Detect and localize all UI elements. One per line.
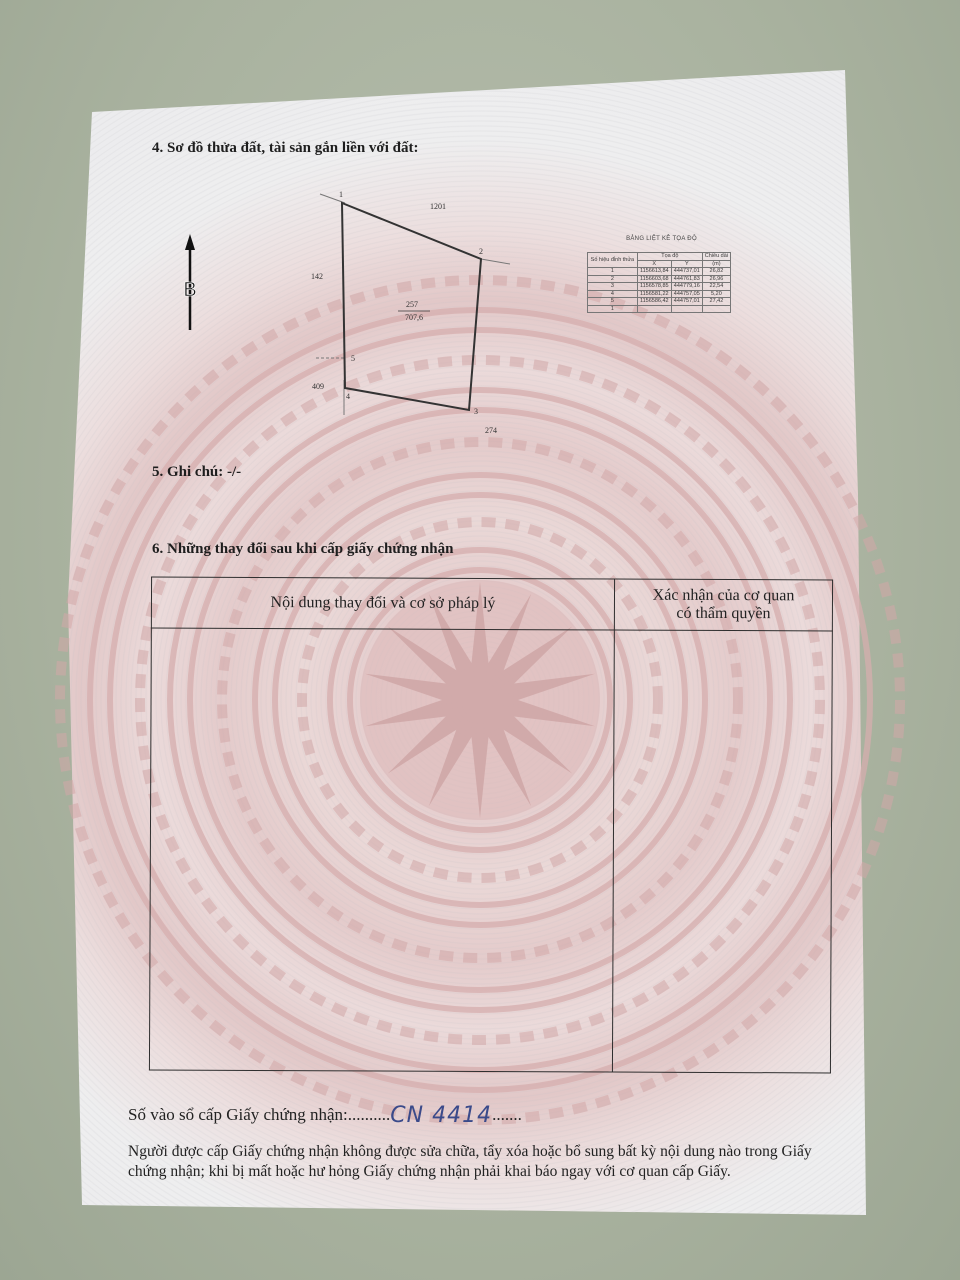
svg-text:4: 4 bbox=[346, 392, 350, 401]
dots-leader: .......... bbox=[348, 1105, 391, 1124]
certificate-page: 4. Sơ đồ thửa đất, tài sản gắn liền với … bbox=[0, 0, 960, 1280]
coordinate-row: 51156586,42444757,0127,42 bbox=[588, 298, 731, 306]
coordinate-cell-y: 444737,01 bbox=[671, 268, 702, 276]
changes-confirmation-cell bbox=[613, 630, 833, 1073]
coordinate-cell-x: 1156586,42 bbox=[637, 298, 671, 306]
coordinate-table-title: BẢNG LIỆT KÊ TỌA ĐỘ bbox=[594, 236, 729, 242]
changes-col-confirmation-header: Xác nhận của cơ quan có thẩm quyền bbox=[614, 579, 832, 631]
coordinate-cell-point: 2 bbox=[588, 275, 638, 283]
registration-number-line: Số vào sổ cấp Giấy chứng nhận:..........… bbox=[128, 1101, 522, 1126]
coordinate-cell-point: 3 bbox=[588, 283, 638, 291]
coordinate-cell-edge: 22,54 bbox=[702, 283, 730, 291]
svg-text:1: 1 bbox=[339, 190, 343, 199]
coordinate-cell-point: 5 bbox=[588, 298, 638, 306]
confirmation-header-line1: Xác nhận của cơ quan bbox=[653, 587, 795, 605]
dots-leader-end: ....... bbox=[492, 1105, 522, 1124]
confirmation-header-line2: có thẩm quyền bbox=[676, 605, 770, 622]
section-5-notes: 5. Ghi chú: -/- bbox=[152, 464, 241, 481]
coordinate-row: 31156578,85444779,1622,54 bbox=[588, 283, 731, 291]
svg-text:409: 409 bbox=[312, 382, 324, 391]
parcel-diagram: 1 2 3 4 5 1201 142 409 274 257 707,6 bbox=[290, 180, 530, 440]
changes-col-content-header: Nội dung thay đổi và cơ sở pháp lý bbox=[151, 577, 614, 630]
coordinate-cell-point: 1 bbox=[588, 268, 638, 276]
header-y: Y bbox=[671, 260, 702, 268]
header-coords: Tọa độ bbox=[637, 253, 702, 261]
svg-text:257: 257 bbox=[406, 300, 418, 309]
coordinate-cell-edge: 26,96 bbox=[702, 275, 730, 283]
coordinate-cell-edge bbox=[702, 305, 730, 313]
coordinate-cell-y bbox=[671, 305, 702, 313]
changes-table: Nội dung thay đổi và cơ sở pháp lý Xác n… bbox=[149, 577, 833, 1074]
svg-text:142: 142 bbox=[311, 272, 323, 281]
coordinate-cell-y: 444757,05 bbox=[671, 290, 702, 298]
coordinate-row: 21156603,68444761,8326,96 bbox=[588, 275, 731, 283]
svg-text:B: B bbox=[183, 279, 196, 301]
section-4-title: 4. Sơ đồ thửa đất, tài sản gắn liền với … bbox=[152, 140, 419, 157]
svg-text:707,6: 707,6 bbox=[405, 313, 423, 322]
coordinate-cell-y: 444757,01 bbox=[671, 298, 702, 306]
warning-notice: Người được cấp Giấy chứng nhận không đượ… bbox=[128, 1142, 848, 1182]
coordinate-cell-point: 4 bbox=[588, 290, 638, 298]
svg-text:1201: 1201 bbox=[430, 202, 446, 211]
coordinate-cell-point: 1 bbox=[588, 305, 638, 313]
north-arrow-icon: B bbox=[175, 232, 205, 332]
coordinate-cell-edge: 5,20 bbox=[702, 290, 730, 298]
header-edge: Chiều dài bbox=[702, 253, 730, 261]
coordinate-row: 1 bbox=[588, 305, 731, 313]
header-unit: (m) bbox=[702, 260, 730, 268]
coordinate-cell-edge: 26,82 bbox=[702, 268, 730, 276]
svg-text:3: 3 bbox=[474, 407, 478, 416]
svg-text:2: 2 bbox=[479, 247, 483, 256]
coordinate-cell-x: 1156613,84 bbox=[637, 268, 671, 276]
header-point: Số hiệu đỉnh thửa bbox=[588, 253, 638, 268]
section-6-title: 6. Những thay đổi sau khi cấp giấy chứng… bbox=[152, 541, 453, 558]
coordinate-cell-y: 444779,16 bbox=[671, 283, 702, 291]
header-x: X bbox=[637, 260, 671, 268]
coordinate-cell-x: 1156578,85 bbox=[637, 283, 671, 291]
svg-text:274: 274 bbox=[485, 426, 497, 435]
svg-text:5: 5 bbox=[351, 354, 355, 363]
coordinate-cell-x bbox=[637, 305, 671, 313]
registration-number-label: Số vào sổ cấp Giấy chứng nhận: bbox=[128, 1105, 348, 1124]
registration-number-value: CN 4414 bbox=[390, 1103, 492, 1128]
coordinate-row: 11156613,84444737,0126,82 bbox=[588, 268, 731, 276]
coordinate-cell-x: 1156603,68 bbox=[637, 275, 671, 283]
coordinate-cell-x: 1156581,22 bbox=[637, 290, 671, 298]
coordinate-cell-edge: 27,42 bbox=[702, 298, 730, 306]
coordinate-table: Số hiệu đỉnh thửa Tọa độ Chiều dài X Y (… bbox=[587, 252, 731, 313]
coordinate-row: 41156581,22444757,055,20 bbox=[588, 290, 731, 298]
coordinate-cell-y: 444761,83 bbox=[671, 275, 702, 283]
changes-content-cell bbox=[149, 628, 614, 1072]
